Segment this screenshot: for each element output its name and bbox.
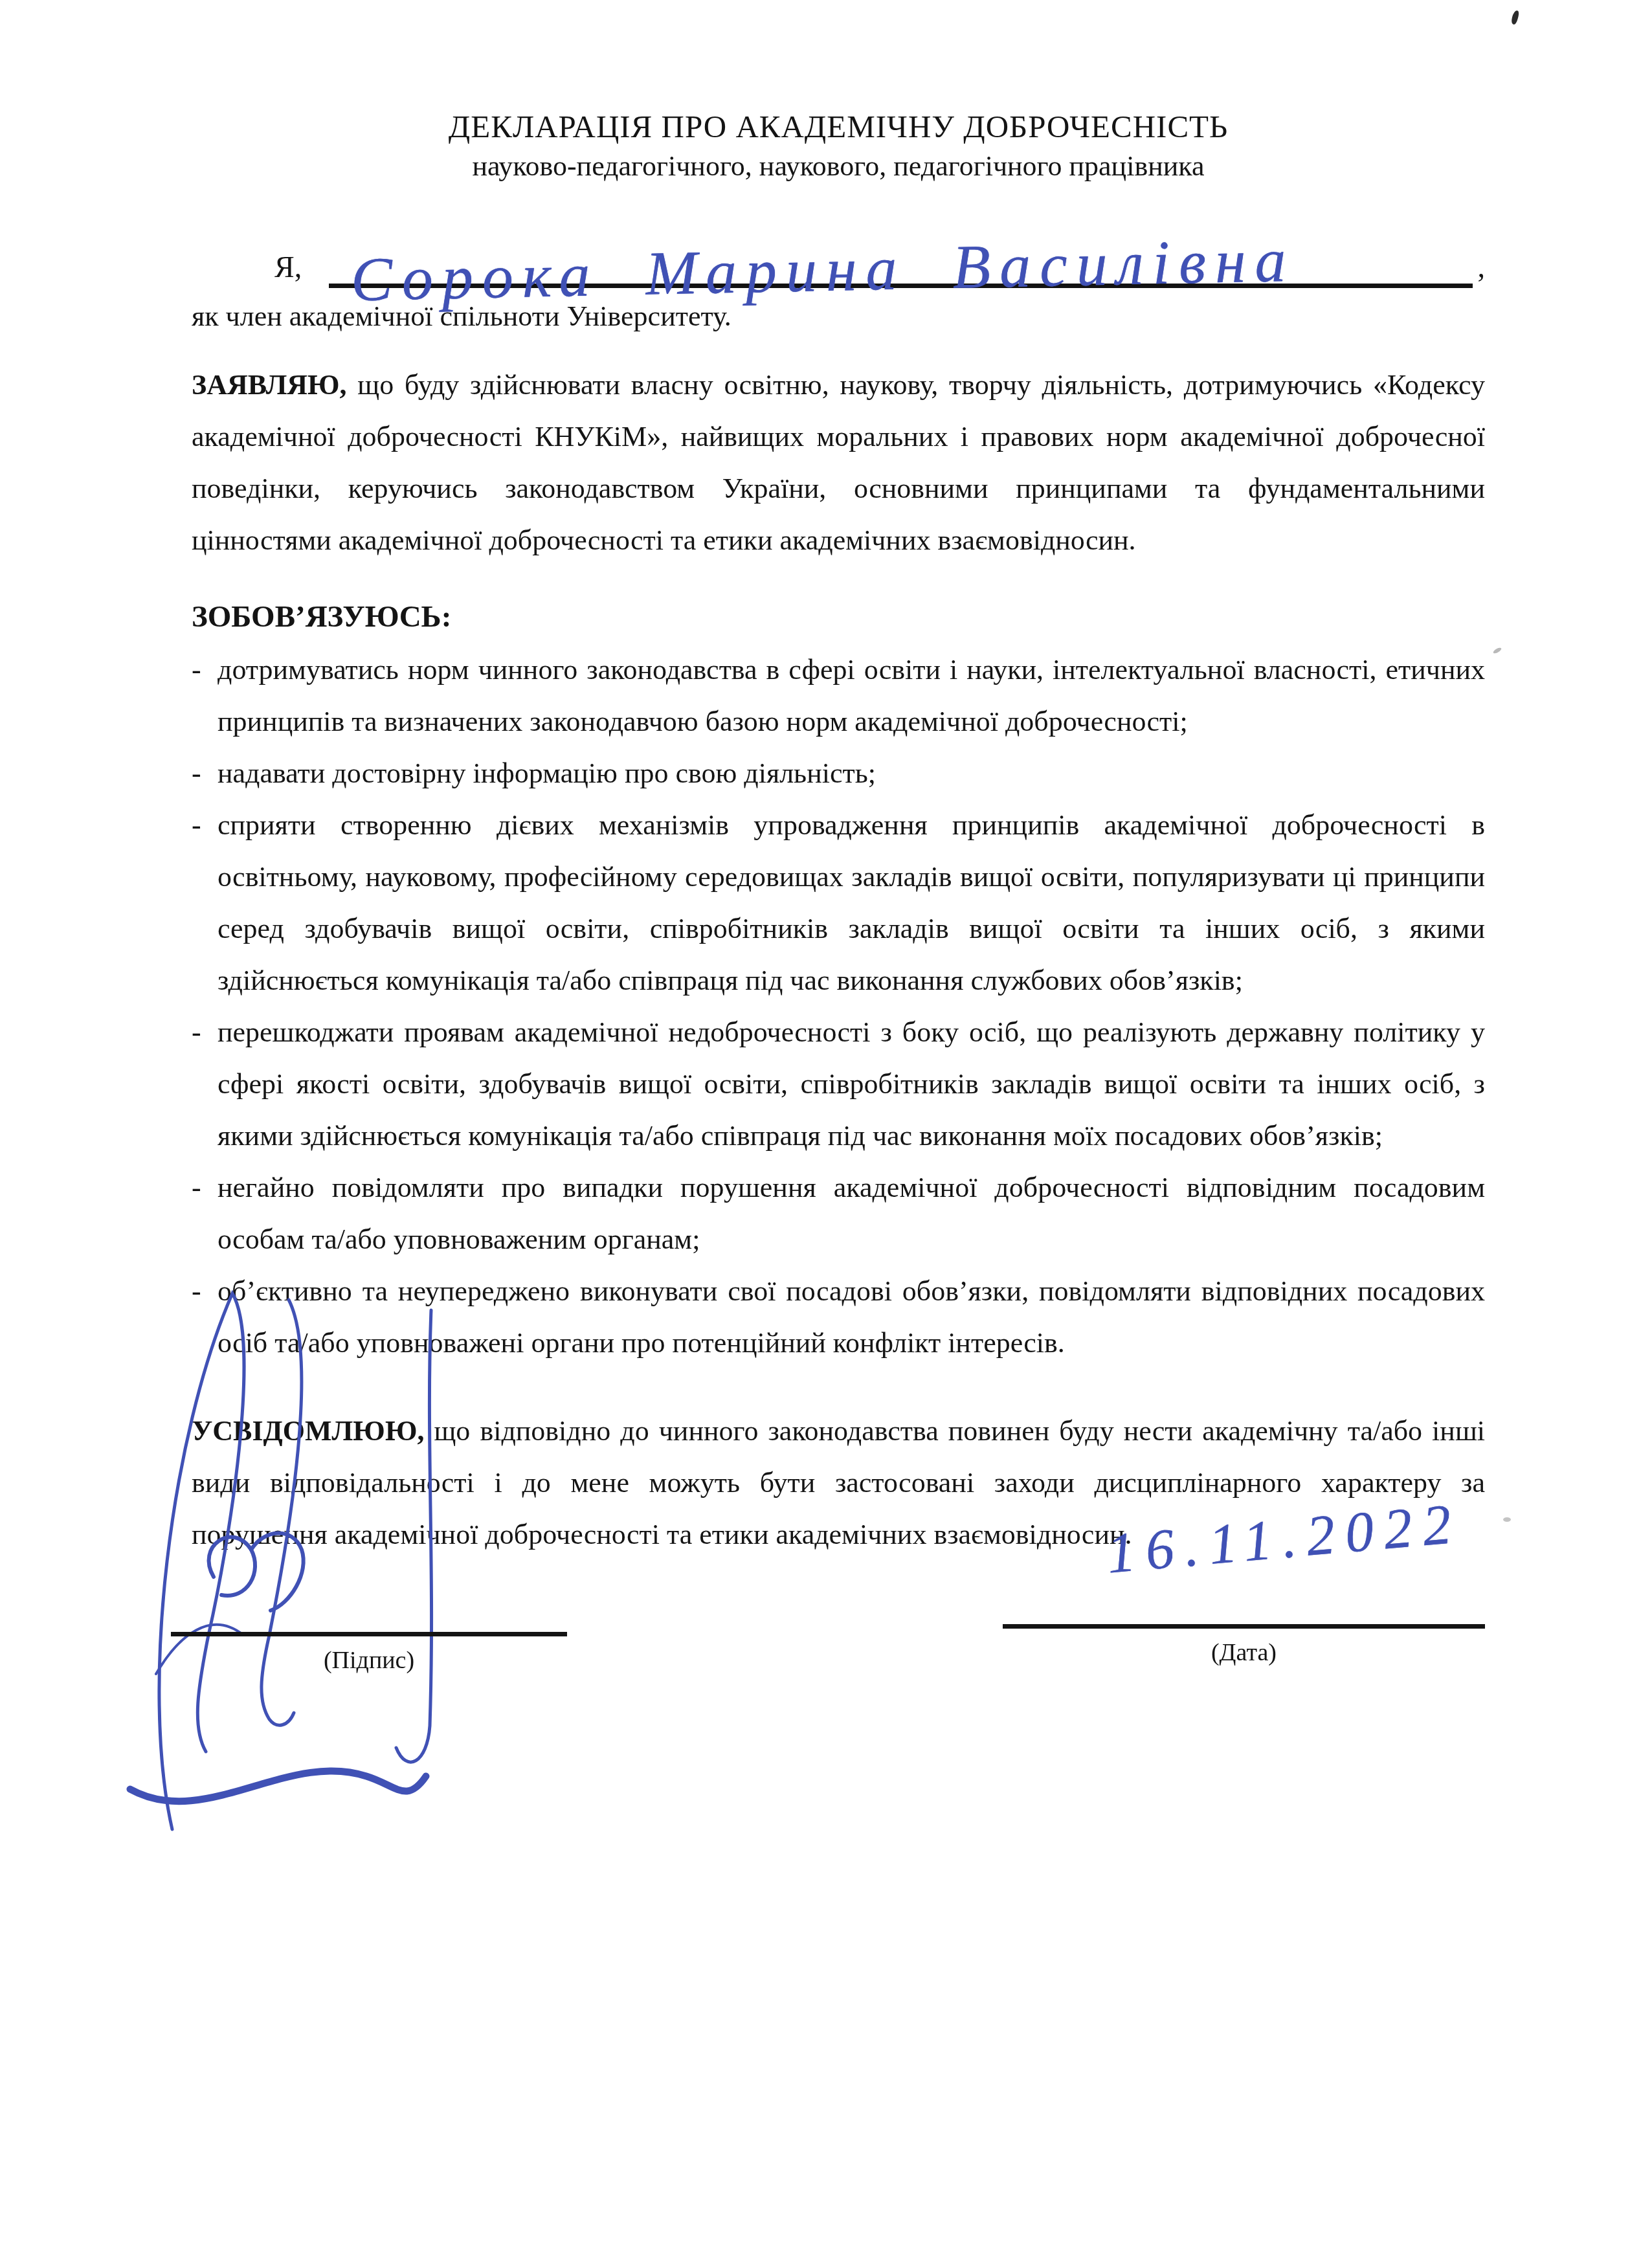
commitments-heading: ЗОБОВ’ЯЗУЮСЬ:: [192, 590, 1485, 644]
awareness-lead: УСВІДОМЛЮЮ,: [192, 1415, 424, 1447]
bullet-dash: -: [192, 748, 218, 799]
declaration-paragraph: ЗАЯВЛЯЮ, що буду здійснювати власну осві…: [192, 359, 1485, 566]
document-subtitle: науково-педагогічного, наукового, педаго…: [192, 147, 1485, 186]
document-title: ДЕКЛАРАЦІЯ ПРО АКАДЕМІЧНУ ДОБРОЧЕСНІСТЬ: [192, 107, 1485, 147]
commitment-item: - об’єктивно та неупереджено виконувати …: [192, 1265, 1485, 1369]
signature-caption: (Підпис): [171, 1646, 567, 1675]
name-underline: Сорока Марина Василівна: [329, 238, 1472, 288]
signature-section: 16.11.2022 (Підпис) (Дата): [192, 1574, 1485, 1936]
scanned-declaration-page: ДЕКЛАРАЦІЯ ПРО АКАДЕМІЧНУ ДОБРОЧЕСНІСТЬ …: [0, 0, 1652, 2263]
scan-artifact: [1492, 647, 1502, 654]
date-line: [1003, 1624, 1485, 1629]
commitment-item: - перешкоджати проявам академічної недоб…: [192, 1007, 1485, 1162]
commitment-text: надавати достовірну інформацію про свою …: [218, 748, 1485, 799]
signature-line: [171, 1632, 567, 1636]
name-row: Я, Сорока Марина Василівна ,: [192, 216, 1485, 288]
commitment-text: дотримуватись норм чинного законодавства…: [218, 644, 1485, 748]
commitment-text: перешкоджати проявам академічної недобро…: [218, 1007, 1485, 1162]
declaration-text: що буду здійснювати власну освітню, наук…: [192, 369, 1485, 556]
bullet-dash: -: [192, 799, 218, 851]
bullet-dash: -: [192, 1007, 218, 1058]
date-caption: (Дата): [1003, 1638, 1485, 1667]
pronoun-label: Я,: [274, 250, 302, 288]
commitment-item: - дотримуватись норм чинного законодавст…: [192, 644, 1485, 748]
bullet-dash: -: [192, 644, 218, 696]
commitment-item: - сприяти створенню дієвих механізмів уп…: [192, 799, 1485, 1007]
commitment-text: сприяти створенню дієвих механізмів упро…: [218, 799, 1485, 1007]
scan-artifact: [1510, 10, 1519, 25]
commitment-text: негайно повідомляти про випадки порушенн…: [218, 1162, 1485, 1265]
commitment-item: - надавати достовірну інформацію про сво…: [192, 748, 1485, 799]
commitment-item: - негайно повідомляти про випадки поруше…: [192, 1162, 1485, 1265]
bullet-dash: -: [192, 1265, 218, 1317]
trailing-comma: ,: [1478, 250, 1486, 288]
declaration-lead: ЗАЯВЛЯЮ,: [192, 369, 347, 401]
commitment-text: об’єктивно та неупереджено виконувати св…: [218, 1265, 1485, 1369]
scan-artifact: [1503, 1517, 1511, 1522]
bullet-dash: -: [192, 1162, 218, 1214]
